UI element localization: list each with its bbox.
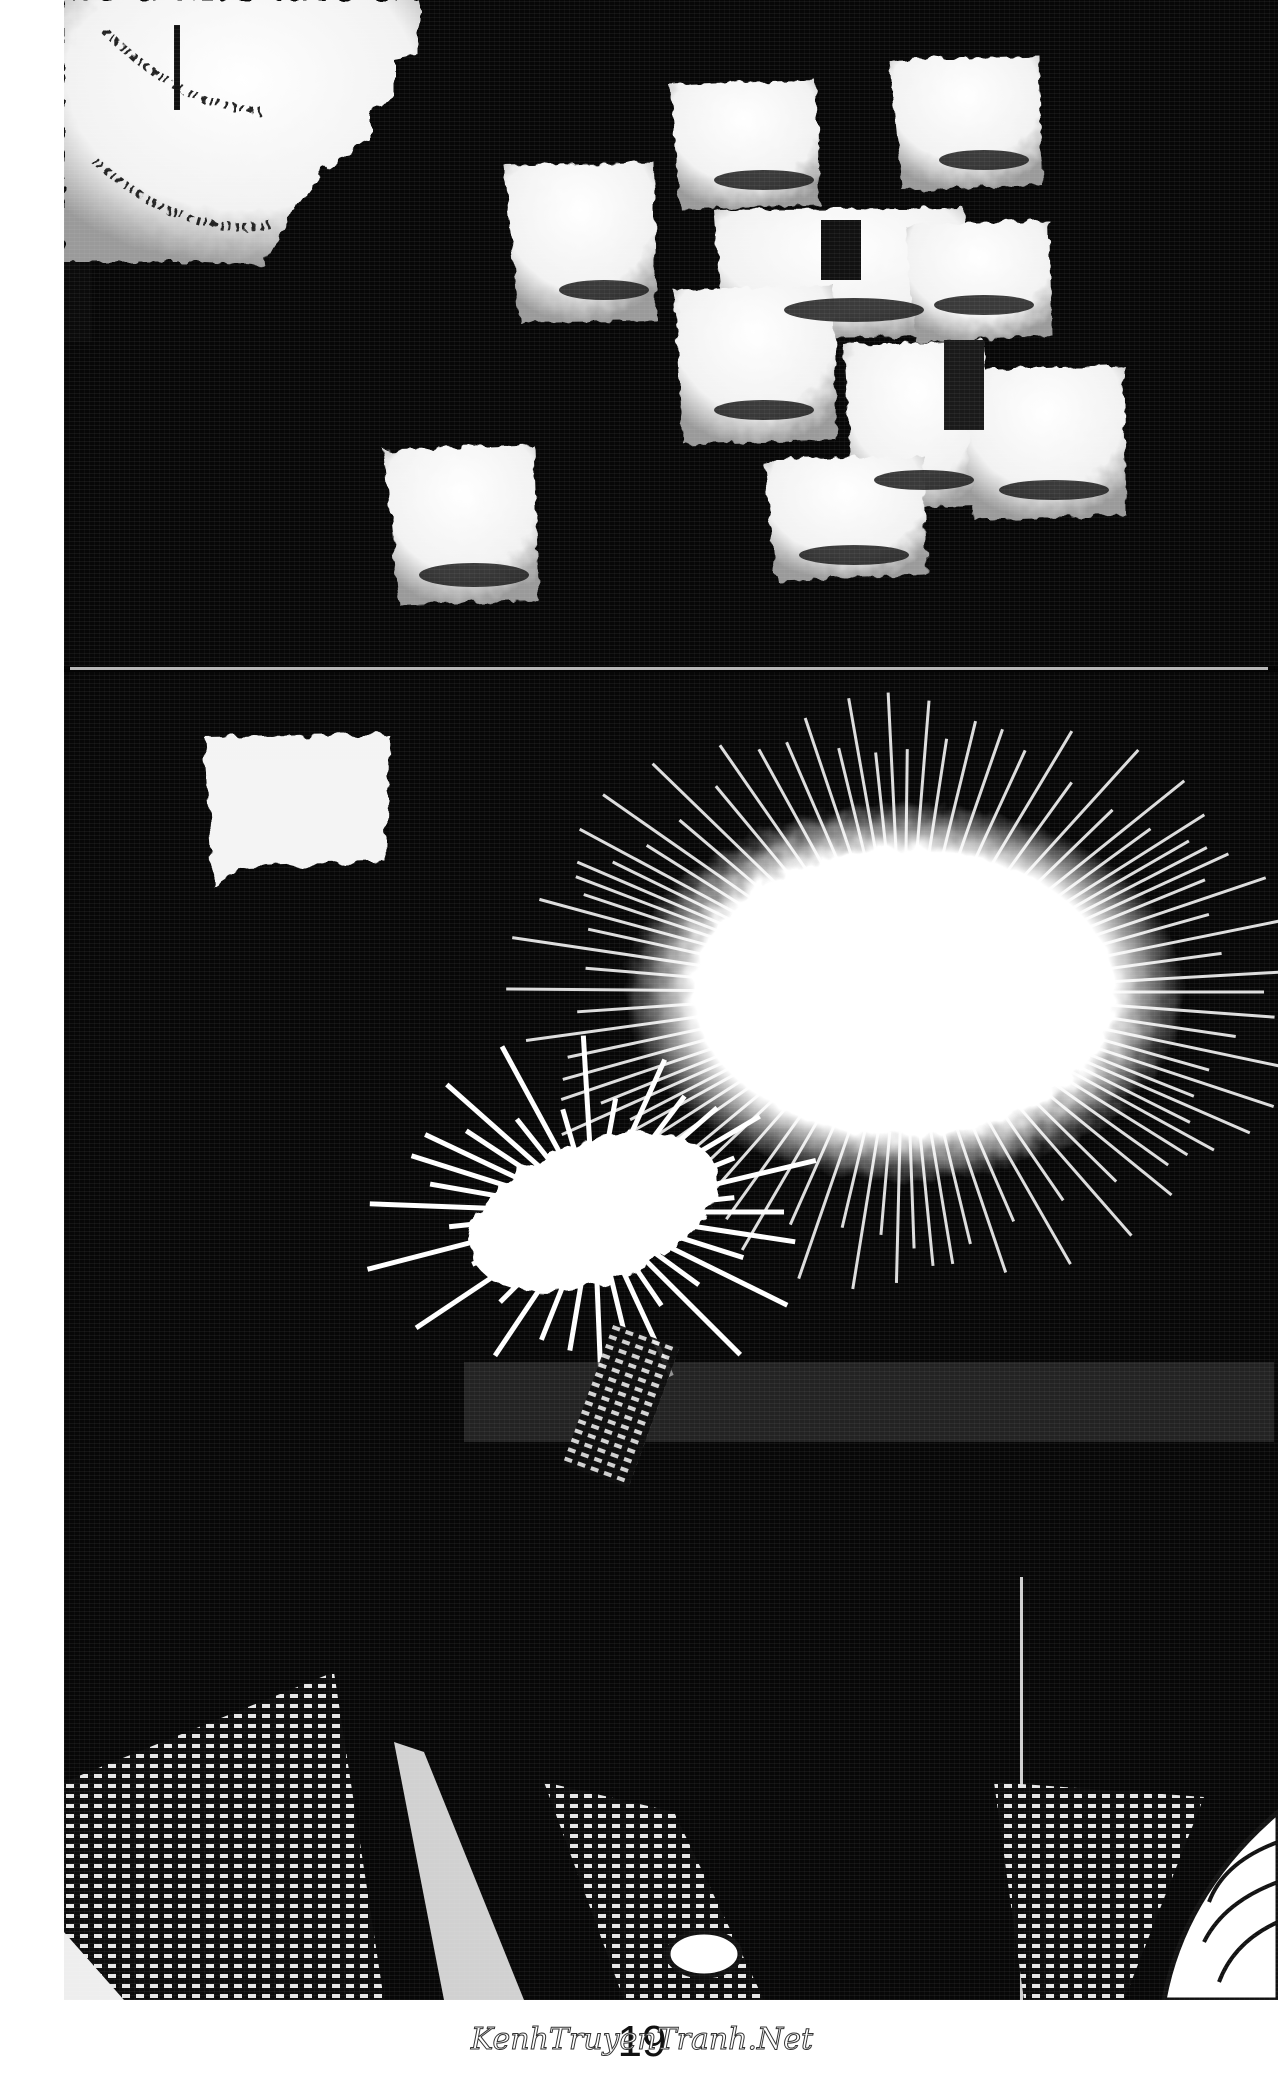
page-footer: 19 KenhTruyenTranh.Net (0, 2000, 1284, 2084)
clouds-artwork (64, 0, 1278, 666)
panel-bottom-explosion (64, 672, 1278, 2000)
explosion-artwork (64, 672, 1278, 2000)
watermark-text: KenhTruyenTranh.Net (0, 2022, 1284, 2057)
panel-top-clouds (64, 0, 1278, 666)
panel-divider (70, 667, 1268, 670)
manga-page (64, 0, 1278, 2000)
